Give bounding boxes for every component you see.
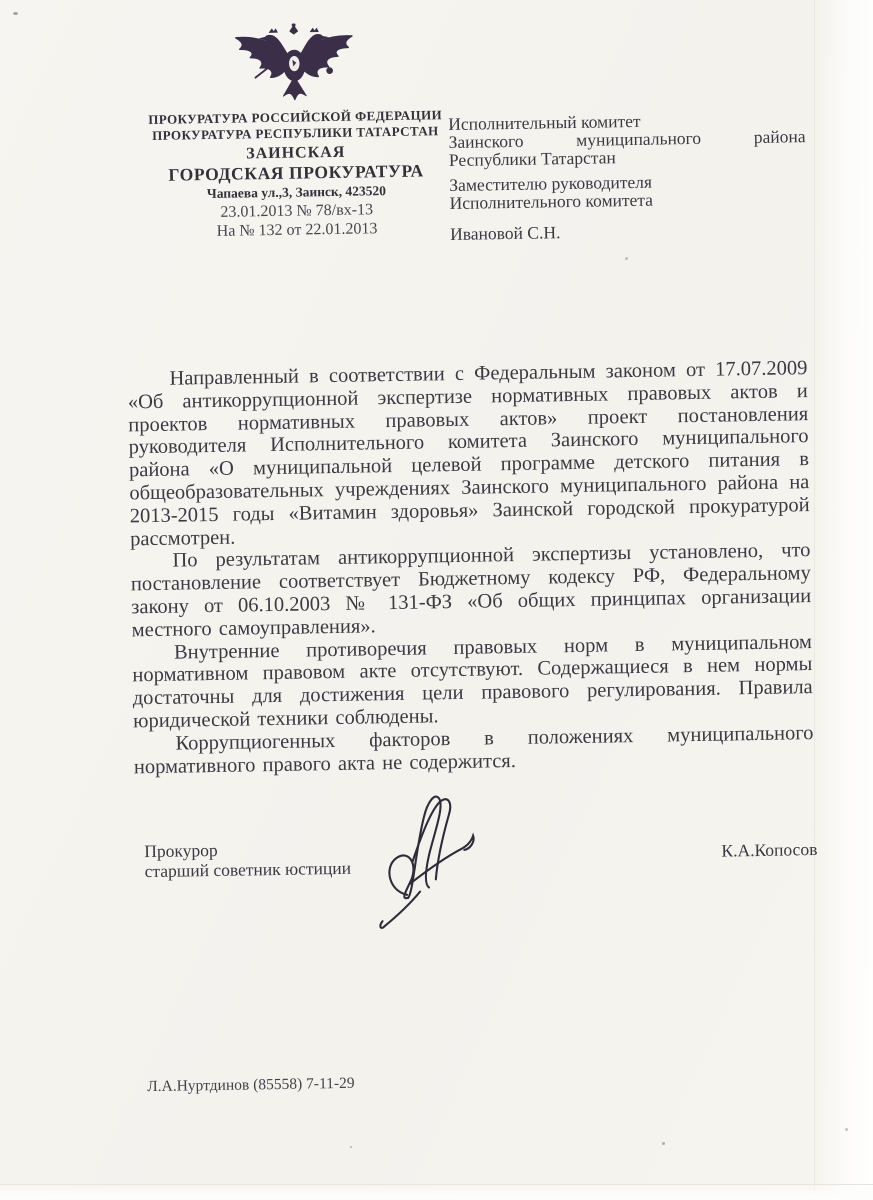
executor-contact: Л.А.Нуртдинов (85558) 7-11-29: [147, 1075, 355, 1096]
signer-title: Прокурор старший советник юстиции: [144, 839, 351, 881]
coat-of-arms-icon: [94, 20, 495, 107]
document-content: ПРОКУРАТУРА РОССИЙСКОЙ ФЕДЕРАЦИИ ПРОКУРА…: [0, 0, 873, 1200]
letterhead: ПРОКУРАТУРА РОССИЙСКОЙ ФЕДЕРАЦИИ ПРОКУРА…: [94, 20, 498, 243]
scanned-letter-page: { "letterhead": { "org_line1": "ПРОКУРАТ…: [0, 0, 873, 1200]
body-paragraph-3: Внутренние противоречия правовых норм в …: [132, 631, 813, 733]
body-paragraph-2: По результатам антикоррупционной эксперт…: [130, 539, 811, 641]
letter-body: Направленный в соответствии с Федеральны…: [127, 357, 814, 779]
recipient-name: Ивановой С.Н.: [450, 219, 807, 243]
recipient-block: Исполнительный комитет Заинского муницип…: [448, 109, 807, 243]
handwritten-signature: [356, 788, 493, 940]
body-paragraph-1: Направленный в соответствии с Федеральны…: [127, 357, 810, 551]
scanned-paper-sheet: ПРОКУРАТУРА РОССИЙСКОЙ ФЕДЕРАЦИИ ПРОКУРА…: [0, 0, 873, 1200]
signer-title-line2: старший советник юстиции: [144, 858, 351, 881]
signer-name: К.А.Копосов: [657, 839, 817, 863]
